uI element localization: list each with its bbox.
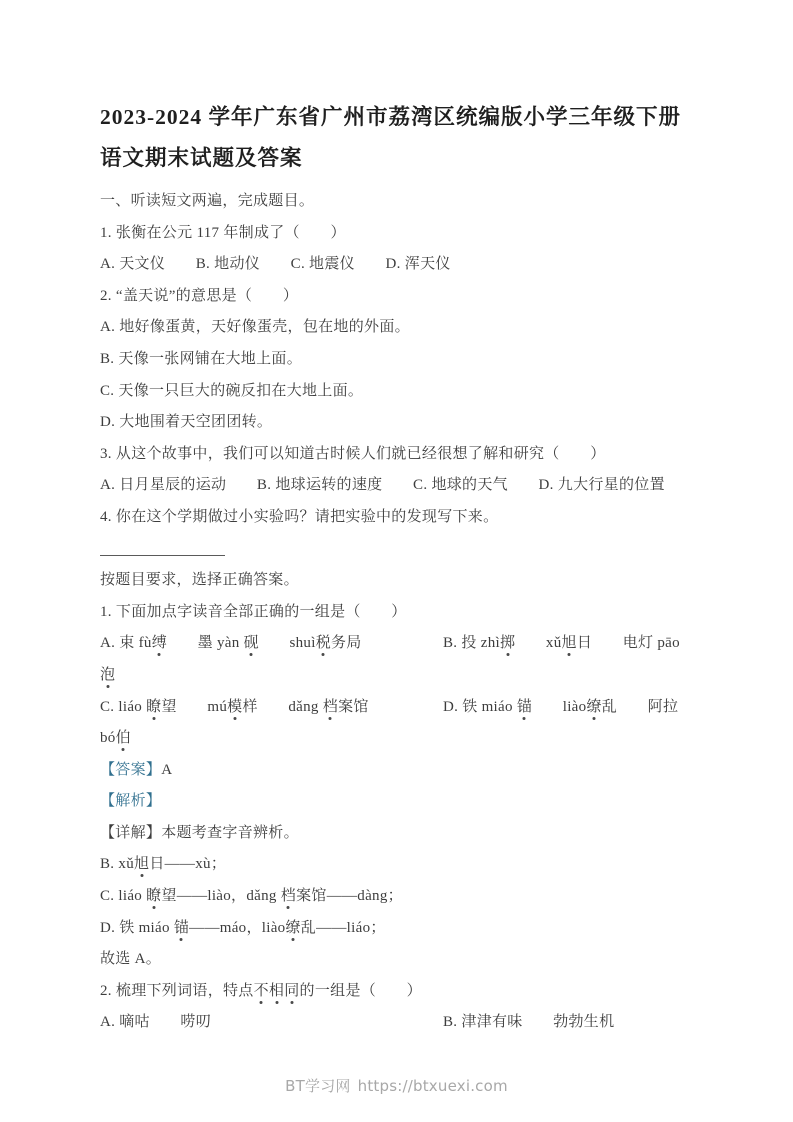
text-run: D. 铁 miáo xyxy=(443,699,517,715)
text-run: xǔ xyxy=(515,635,561,651)
text-run: 一、听读短文两遍，完成题目。 xyxy=(100,193,314,209)
emphasis-dot-char: 旭 xyxy=(562,631,577,652)
emphasis-dot-char: 瞭 xyxy=(146,695,161,716)
conclusion-line: 故选 A。 xyxy=(100,944,718,976)
footer-site-name: BT学习网 xyxy=(285,1077,350,1095)
blank-answer-rule xyxy=(100,555,225,556)
option-a: A. 嘀咕 唠叨 xyxy=(100,1007,211,1039)
text-run: 瞭 xyxy=(146,888,161,904)
text-run: 样 dǎng xyxy=(242,699,322,715)
text-run: 案馆 xyxy=(338,699,369,715)
q1-stem: 1. 张衡在公元 117 年制成了（ ） xyxy=(100,218,718,250)
document-title: 2023-2024 学年广东省广州市荔湾区统编版小学三年级下册 语文期末试题及答… xyxy=(100,97,718,179)
emphasis-dot-char: 模 xyxy=(227,695,242,716)
text-run: 缚 xyxy=(152,635,167,651)
section-2-heading: 按题目要求，选择正确答案。 xyxy=(100,565,718,597)
option-c: C. liáo 瞭望 mú模样 dǎng 档案馆 xyxy=(100,692,369,724)
detail-text: 本题考查字音辨析。 xyxy=(161,825,299,841)
text-run: 1. 下面加点字读音全部正确的一组是（ ） xyxy=(100,604,407,620)
answer-label: 【答案】 xyxy=(100,762,161,778)
emphasis-dot-char: 锚 xyxy=(517,695,532,716)
text-run: 缭 xyxy=(285,920,300,936)
text-run: bó xyxy=(100,730,116,746)
text-run: 望——liào，dǎng xyxy=(161,888,280,904)
text-run: C. liáo xyxy=(100,888,146,904)
text-run: 模 xyxy=(227,699,242,715)
analysis-line: 【解析】 xyxy=(100,786,718,818)
text-run: 按题目要求，选择正确答案。 xyxy=(100,572,299,588)
text-run: 档 xyxy=(281,888,296,904)
explain-c: C. liáo 瞭望——liào，dǎng 档案馆——dàng； xyxy=(100,881,718,913)
text-run: C. 天像一只巨大的碗反扣在大地上面。 xyxy=(100,383,363,399)
document-body: 一、听读短文两遍，完成题目。1. 张衡在公元 117 年制成了（ ）A. 天文仪… xyxy=(100,186,718,1039)
text-run: 乱——liáo； xyxy=(301,920,386,936)
text-run: 锚 xyxy=(174,920,189,936)
document-title-line-1: 2023-2024 学年广东省广州市荔湾区统编版小学三年级下册 xyxy=(100,97,718,138)
text-run: A. 地好像蛋黄，天好像蛋壳，包在地的外面。 xyxy=(100,319,410,335)
text-run: A. 天文仪 B. 地动仪 C. 地震仪 D. 浑天仪 xyxy=(100,256,451,272)
emphasis-dot-char: 同 xyxy=(284,979,299,1000)
s2-q1-option-b-wrap: 泡 xyxy=(100,660,718,692)
text-run: 锚 xyxy=(517,699,532,715)
answer-blank-line xyxy=(100,534,718,566)
text-run: D. 大地围着天空团团转。 xyxy=(100,414,272,430)
emphasis-dot-char: 不 xyxy=(254,979,269,1000)
text-run: 案馆——dàng； xyxy=(296,888,403,904)
emphasis-dot-char: 缭 xyxy=(586,695,601,716)
emphasis-dot-char: 砚 xyxy=(244,631,259,652)
detail-label: 【详解】 xyxy=(100,825,161,841)
q4-stem: 4. 你在这个学期做过小实验吗？请把实验中的发现写下来。 xyxy=(100,502,718,534)
text-run: 2. 梳理下列词语，特点 xyxy=(100,983,254,999)
text-run: 砚 xyxy=(244,635,259,651)
text-run: 税 xyxy=(316,635,331,651)
text-run: 墨 yàn xyxy=(167,635,244,651)
answer-line: 【答案】A xyxy=(100,755,718,787)
text-run: 望 mú xyxy=(161,699,227,715)
text-run: B. 津津有味 勃勃生机 xyxy=(443,1014,614,1030)
q1-options: A. 天文仪 B. 地动仪 C. 地震仪 D. 浑天仪 xyxy=(100,249,718,281)
q2-option-a: A. 地好像蛋黄，天好像蛋壳，包在地的外面。 xyxy=(100,312,718,344)
text-run: C. liáo xyxy=(100,699,146,715)
emphasis-dot-char: 相 xyxy=(269,979,284,1000)
s2-q1-options-row-1: A. 束 fù缚 墨 yàn 砚 shuì税务局B. 投 zhì掷 xǔ旭日 电… xyxy=(100,628,718,660)
q3-options: A. 日月星辰的运动 B. 地球运转的速度 C. 地球的天气 D. 九大行星的位… xyxy=(100,470,718,502)
text-run: shuì xyxy=(259,635,316,651)
text-run: 档 xyxy=(323,699,338,715)
text-run: A. 束 fù xyxy=(100,635,152,651)
text-run: 日 电灯 pāo xyxy=(577,635,680,651)
text-run: A. 嘀咕 唠叨 xyxy=(100,1014,211,1030)
explain-b: B. xǔ旭日——xù； xyxy=(100,849,718,881)
text-run: 故选 A。 xyxy=(100,951,161,967)
text-run: 1. 张衡在公元 117 年制成了（ ） xyxy=(100,225,346,241)
text-run: 缭 xyxy=(586,699,601,715)
analysis-label: 【解析】 xyxy=(100,793,161,809)
emphasis-dot-char: 泡 xyxy=(100,663,115,684)
text-run: B. 天像一张网铺在大地上面。 xyxy=(100,351,302,367)
s2-q1-options-row-2: C. liáo 瞭望 mú模样 dǎng 档案馆D. 铁 miáo 锚 liào… xyxy=(100,692,718,724)
q3-stem: 3. 从这个故事中，我们可以知道古时候人们就已经很想了解和研究（ ） xyxy=(100,439,718,471)
q2-stem: 2. “盖天说”的意思是（ ） xyxy=(100,281,718,313)
document-title-line-2: 语文期末试题及答案 xyxy=(100,138,718,179)
answer-value: A xyxy=(161,762,172,778)
emphasis-dot-char: 档 xyxy=(323,695,338,716)
emphasis-dot-char: 缭 xyxy=(285,916,300,937)
detail-line: 【详解】本题考查字音辨析。 xyxy=(100,818,718,850)
text-run: A. 日月星辰的运动 B. 地球运转的速度 C. 地球的天气 D. 九大行星的位… xyxy=(100,477,665,493)
text-run: liào xyxy=(532,699,586,715)
option-d: D. 铁 miáo 锚 liào缭乱 阿拉 xyxy=(443,692,678,724)
text-run: B. xǔ xyxy=(100,856,134,872)
text-run: 乱 阿拉 xyxy=(602,699,679,715)
text-run: ——máo，liào xyxy=(189,920,285,936)
option-b: B. 投 zhì掷 xǔ旭日 电灯 pāo xyxy=(443,628,680,660)
s2-q2-options: A. 嘀咕 唠叨B. 津津有味 勃勃生机 xyxy=(100,1007,718,1039)
document-content: 2023-2024 学年广东省广州市荔湾区统编版小学三年级下册 语文期末试题及答… xyxy=(100,97,718,1039)
footer-site-url: https://btxuexi.com xyxy=(358,1077,508,1095)
emphasis-dot-char: 税 xyxy=(316,631,331,652)
emphasis-dot-char: 档 xyxy=(281,884,296,905)
s2-q1-option-d-wrap: bó伯 xyxy=(100,723,718,755)
text-run: 务局 xyxy=(331,635,362,651)
q2-option-c: C. 天像一只巨大的碗反扣在大地上面。 xyxy=(100,376,718,408)
text-run: 泡 xyxy=(100,667,115,683)
text-run: 旭 xyxy=(562,635,577,651)
emphasis-dot-char: 掷 xyxy=(500,631,515,652)
emphasis-dot-char: 瞭 xyxy=(146,884,161,905)
text-run: 日——xù； xyxy=(149,856,226,872)
emphasis-dot-char: 缚 xyxy=(152,631,167,652)
footer-watermark: BT学习网https://btxuexi.com xyxy=(0,1075,793,1096)
text-run: 3. 从这个故事中，我们可以知道古时候人们就已经很想了解和研究（ ） xyxy=(100,446,606,462)
text-run: 掷 xyxy=(500,635,515,651)
text-run: 瞭 xyxy=(146,699,161,715)
option-b: B. 津津有味 勃勃生机 xyxy=(443,1007,614,1039)
option-a: A. 束 fù缚 墨 yàn 砚 shuì税务局 xyxy=(100,628,362,660)
emphasis-dot-char: 锚 xyxy=(174,916,189,937)
q2-option-b: B. 天像一张网铺在大地上面。 xyxy=(100,344,718,376)
emphasis-dot-char: 伯 xyxy=(116,726,131,747)
text-run: 2. “盖天说”的意思是（ ） xyxy=(100,288,298,304)
s2-q2-stem: 2. 梳理下列词语，特点不相同的一组是（ ） xyxy=(100,976,718,1008)
explain-d: D. 铁 miáo 锚——máo，liào缭乱——liáo； xyxy=(100,913,718,945)
text-run: 4. 你在这个学期做过小实验吗？请把实验中的发现写下来。 xyxy=(100,509,498,525)
text-run: D. 铁 miáo xyxy=(100,920,174,936)
section-1-heading: 一、听读短文两遍，完成题目。 xyxy=(100,186,718,218)
text-run: 伯 xyxy=(116,730,131,746)
s2-q1-stem: 1. 下面加点字读音全部正确的一组是（ ） xyxy=(100,597,718,629)
text-run: 的一组是（ ） xyxy=(300,983,422,999)
text-run: B. 投 zhì xyxy=(443,635,500,651)
q2-option-d: D. 大地围着天空团团转。 xyxy=(100,407,718,439)
text-run: 旭 xyxy=(134,856,149,872)
exam-document-page: 2023-2024 学年广东省广州市荔湾区统编版小学三年级下册 语文期末试题及答… xyxy=(0,0,793,1122)
emphasis-dot-char: 旭 xyxy=(134,852,149,873)
text-run: 不相同 xyxy=(254,983,300,999)
